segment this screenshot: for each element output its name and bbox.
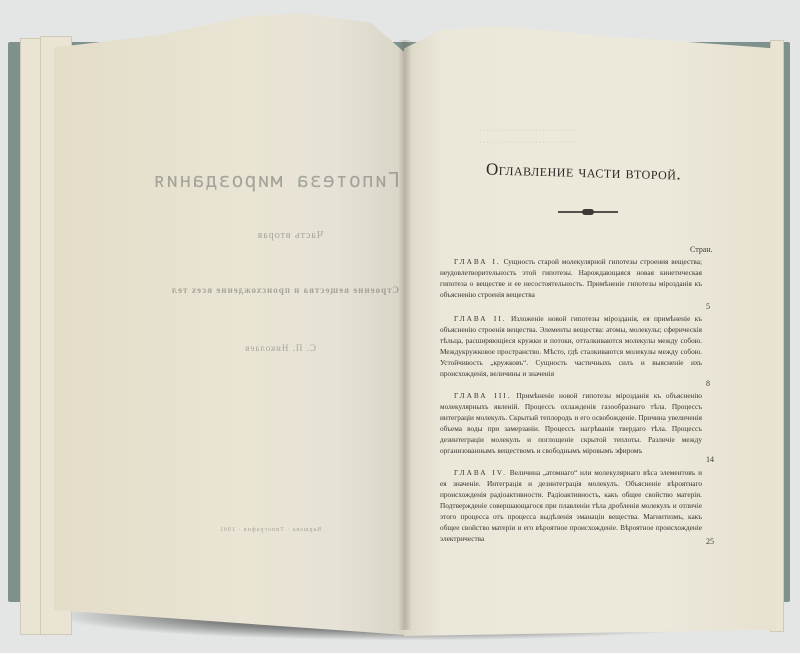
chapter-text: Примѣненіе новой гипотезы мірозданія къ …: [440, 391, 702, 455]
chapter-1-page: 5: [706, 302, 710, 311]
left-page-showthrough-author: С. П. Николаев: [220, 343, 340, 353]
chapter-text: Величина „атомнаго“ или молекулярнаго вѣ…: [440, 468, 702, 543]
chapter-text: Изложеніе новой гипотезы мірозданія, ея …: [440, 314, 702, 378]
chapter-4-page: 25: [706, 537, 714, 546]
chapter-label: ГЛАВА III.: [454, 391, 512, 400]
toc-entry-chapter-1: ГЛАВА I. Сущность старой молекулярной ги…: [440, 256, 702, 300]
chapter-label: ГЛАВА I.: [454, 257, 501, 266]
left-page: [54, 10, 406, 635]
chapter-label: ГЛАВА IV.: [454, 468, 507, 477]
left-page-showthrough-imprint: Варшава · Типография · 1901: [210, 527, 330, 533]
chapter-3-page: 14: [706, 455, 714, 464]
chapter-label: ГЛАВА II.: [454, 314, 507, 323]
left-page-showthrough-subtitle: Часть вторая: [220, 230, 360, 241]
left-page-showthrough-line3: Строение вещества и происхождение всех т…: [160, 285, 410, 295]
left-page-showthrough-title: Гипотеза мироздания: [160, 168, 400, 192]
toc-entry-chapter-2: ГЛАВА II. Изложеніе новой гипотезы міроз…: [440, 313, 702, 379]
right-page-showthrough-text: · · · · · · · · · · · · · · · · · · · · …: [476, 128, 579, 134]
toc-entry-chapter-3: ГЛАВА III. Примѣненіе новой гипотезы мір…: [440, 390, 702, 456]
toc-entry-chapter-4: ГЛАВА IV. Величина „атомнаго“ или молеку…: [440, 467, 702, 544]
chapter-2-page: 8: [706, 379, 710, 388]
page-column-header: Стран.: [690, 245, 713, 254]
right-page-showthrough-text-2: · · · · · · · · · · · · · · · · · · · · …: [476, 140, 579, 146]
ornament-divider: [558, 211, 618, 213]
book-gutter: [398, 40, 412, 630]
